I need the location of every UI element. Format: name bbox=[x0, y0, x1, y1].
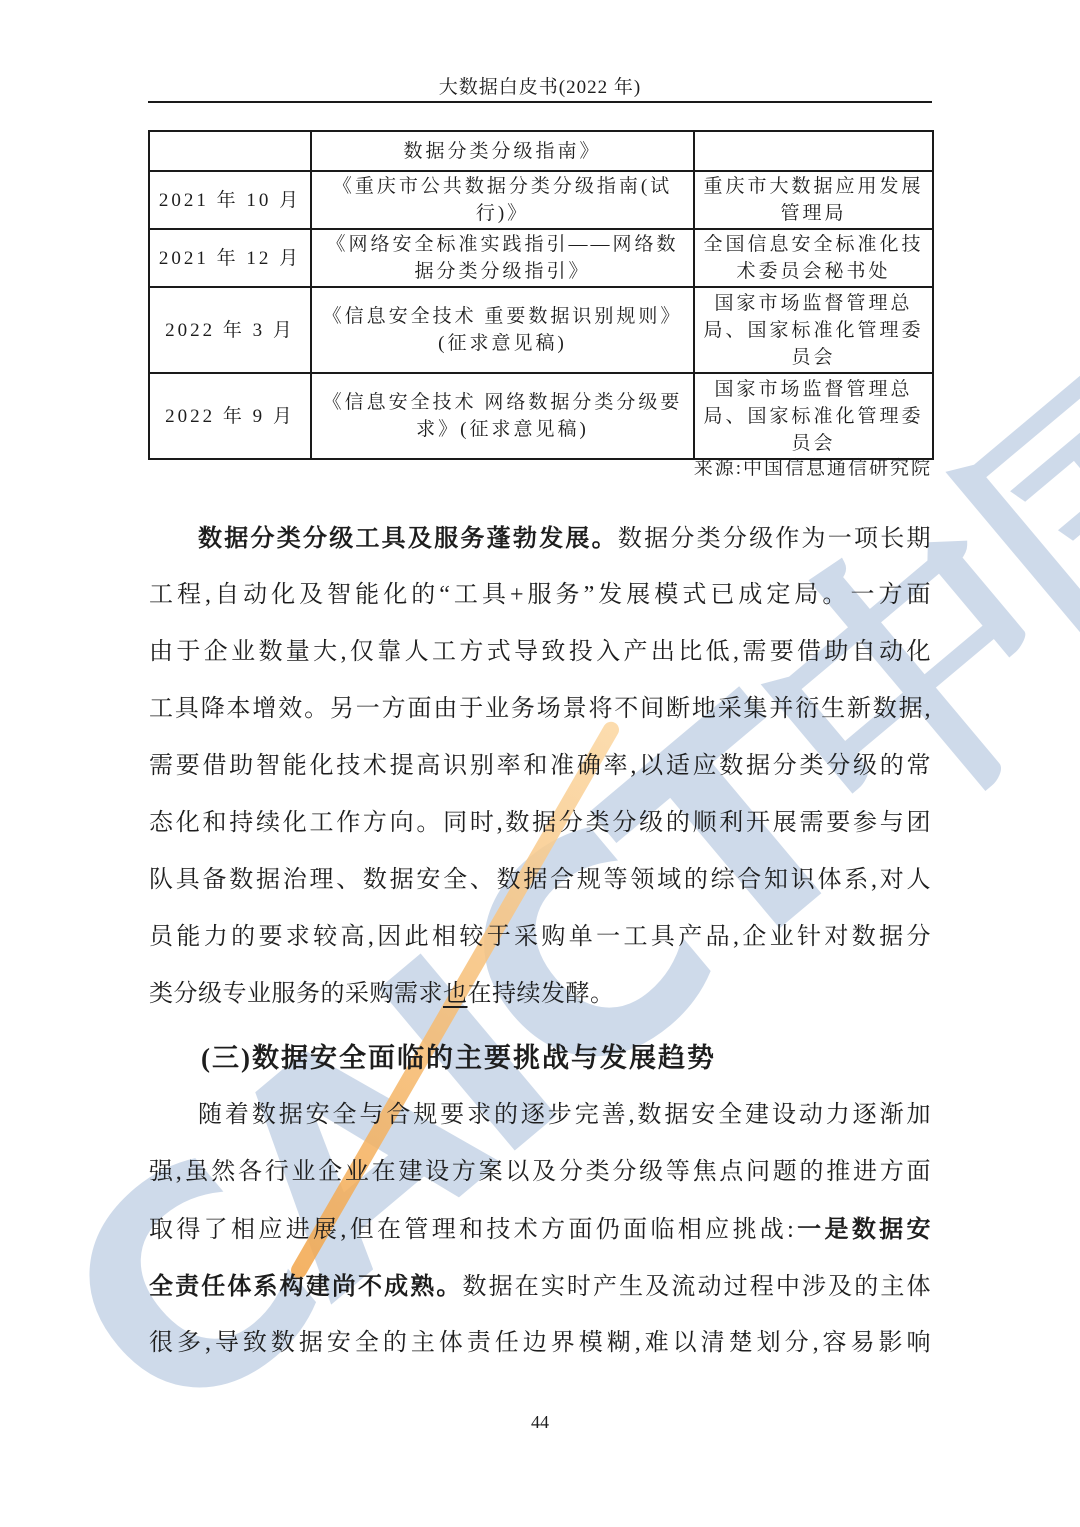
text-line: 数据分类分级工具及服务蓬勃发展。数据分类分级作为一项长期 bbox=[149, 510, 931, 567]
text-segment: 队具备数据治理、数据安全、数据合规等领域的综合知识体系,对人 bbox=[149, 867, 931, 893]
text-segment: 取得了相应进展,但在管理和技术方面仍面临相应挑战: bbox=[149, 1217, 794, 1243]
date-cell: 2021 年 10 月 bbox=[149, 171, 311, 229]
table-row: 2022 年 3 月《信息安全技术 重要数据识别规则》(征求意见稿)国家市场监督… bbox=[149, 287, 933, 373]
text-line: 态化和持续化工作方向。同时,数据分类分级的顺利开展需要参与团 bbox=[149, 795, 931, 852]
page-number: 44 bbox=[0, 1412, 1080, 1433]
org-cell: 国家市场监督管理总局、国家标准化管理委员会 bbox=[694, 287, 933, 373]
date-cell: 2022 年 3 月 bbox=[149, 287, 311, 373]
text-line: 工程,自动化及智能化的“工具+服务”发展模式已成定局。一方面 bbox=[149, 567, 931, 624]
text-segment: 很多,导致数据安全的主体责任边界模糊,难以清楚划分,容易影响 bbox=[149, 1330, 931, 1356]
org-cell: 国家市场监督管理总局、国家标准化管理委员会 bbox=[694, 373, 933, 459]
text-line: 工具降本增效。另一方面由于业务场景将不间断地采集并衍生新数据, bbox=[149, 681, 931, 738]
text-line: 类分级专业服务的采购需求也在持续发酵。 bbox=[149, 966, 931, 1023]
table-row: 数据分类分级指南》 bbox=[149, 131, 933, 171]
text-line: 强,虽然各行业企业在建设方案以及分类分级等焦点问题的推进方面 bbox=[149, 1144, 931, 1201]
text-segment: 类分级专业服务的采购需求 bbox=[149, 981, 443, 1007]
text-segment: 在持续发酵。 bbox=[468, 981, 615, 1007]
policy-table: 数据分类分级指南》2021 年 10 月《重庆市公共数据分类分级指南(试行)》重… bbox=[148, 130, 934, 460]
title-cell: 《信息安全技术 重要数据识别规则》(征求意见稿) bbox=[311, 287, 694, 373]
table-row: 2021 年 12 月《网络安全标准实践指引——网络数据分类分级指引》全国信息安… bbox=[149, 229, 933, 287]
date-cell: 2022 年 9 月 bbox=[149, 373, 311, 459]
header-rule bbox=[148, 101, 932, 103]
text-segment: 员能力的要求较高,因此相较于采购单一工具产品,企业针对数据分 bbox=[149, 924, 931, 950]
table-row: 2022 年 9 月《信息安全技术 网络数据分类分级要求》(征求意见稿)国家市场… bbox=[149, 373, 933, 459]
text-segment: 也 bbox=[443, 981, 468, 1007]
text-line: 随着数据安全与合规要求的逐步完善,数据安全建设动力逐渐加 bbox=[149, 1087, 931, 1144]
paragraph-tools-and-services: 数据分类分级工具及服务蓬勃发展。数据分类分级作为一项长期工程,自动化及智能化的“… bbox=[149, 510, 931, 1023]
table-row: 2021 年 10 月《重庆市公共数据分类分级指南(试行)》重庆市大数据应用发展… bbox=[149, 171, 933, 229]
title-cell: 《信息安全技术 网络数据分类分级要求》(征求意见稿) bbox=[311, 373, 694, 459]
text-line: 员能力的要求较高,因此相较于采购单一工具产品,企业针对数据分 bbox=[149, 909, 931, 966]
title-cell: 数据分类分级指南》 bbox=[311, 131, 694, 171]
document-page: CAICT中国信通院 大数据白皮书(2022 年) 数据分类分级指南》2021 … bbox=[0, 0, 1080, 1527]
text-segment: 态化和持续化工作方向。同时,数据分类分级的顺利开展需要参与团 bbox=[149, 810, 931, 836]
org-cell bbox=[694, 131, 933, 171]
text-line: 队具备数据治理、数据安全、数据合规等领域的综合知识体系,对人 bbox=[149, 852, 931, 909]
text-segment: 由于企业数量大,仅靠人工方式导致投入产出比低,需要借助自动化 bbox=[149, 639, 931, 665]
paragraph-security-challenges: 随着数据安全与合规要求的逐步完善,数据安全建设动力逐渐加强,虽然各行业企业在建设… bbox=[149, 1087, 931, 1372]
source-note: 来源:中国信息通信研究院 bbox=[148, 453, 932, 480]
text-segment: 数据在实时产生及流动过程中涉及的主体 bbox=[462, 1274, 931, 1300]
text-line: 由于企业数量大,仅靠人工方式导致投入产出比低,需要借助自动化 bbox=[149, 624, 931, 681]
text-segment: 随着数据安全与合规要求的逐步完善,数据安全建设动力逐渐加 bbox=[198, 1102, 931, 1128]
text-segment: 工具降本增效。另一方面由于业务场景将不间断地采集并衍生新数据, bbox=[149, 696, 931, 722]
title-cell: 《重庆市公共数据分类分级指南(试行)》 bbox=[311, 171, 694, 229]
text-segment: 全责任体系构建尚不成熟。 bbox=[149, 1272, 462, 1300]
text-line: 取得了相应进展,但在管理和技术方面仍面临相应挑战:一是数据安 bbox=[149, 1201, 931, 1258]
policy-table-body: 数据分类分级指南》2021 年 10 月《重庆市公共数据分类分级指南(试行)》重… bbox=[149, 131, 933, 459]
date-cell bbox=[149, 131, 311, 171]
section-heading: (三)数据安全面临的主要挑战与发展趋势 bbox=[149, 1030, 931, 1087]
text-segment: 数据分类分级作为一项长期 bbox=[618, 526, 931, 552]
date-cell: 2021 年 12 月 bbox=[149, 229, 311, 287]
text-segment: 工程,自动化及智能化的“工具+服务”发展模式已成定局。一方面 bbox=[149, 582, 931, 608]
page-header-title: 大数据白皮书(2022 年) bbox=[0, 72, 1080, 99]
text-segment: 一是数据安 bbox=[794, 1215, 931, 1243]
text-line: 很多,导致数据安全的主体责任边界模糊,难以清楚划分,容易影响 bbox=[149, 1315, 931, 1372]
text-line: 全责任体系构建尚不成熟。数据在实时产生及流动过程中涉及的主体 bbox=[149, 1258, 931, 1315]
text-segment: 需要借助智能化技术提高识别率和准确率,以适应数据分类分级的常 bbox=[149, 753, 931, 779]
title-cell: 《网络安全标准实践指引——网络数据分类分级指引》 bbox=[311, 229, 694, 287]
org-cell: 重庆市大数据应用发展管理局 bbox=[694, 171, 933, 229]
org-cell: 全国信息安全标准化技术委员会秘书处 bbox=[694, 229, 933, 287]
text-segment: 数据分类分级工具及服务蓬勃发展。 bbox=[198, 524, 618, 552]
text-line: 需要借助智能化技术提高识别率和准确率,以适应数据分类分级的常 bbox=[149, 738, 931, 795]
page-content: 大数据白皮书(2022 年) 数据分类分级指南》2021 年 10 月《重庆市公… bbox=[0, 0, 1080, 1527]
text-segment: 强,虽然各行业企业在建设方案以及分类分级等焦点问题的推进方面 bbox=[149, 1159, 931, 1185]
